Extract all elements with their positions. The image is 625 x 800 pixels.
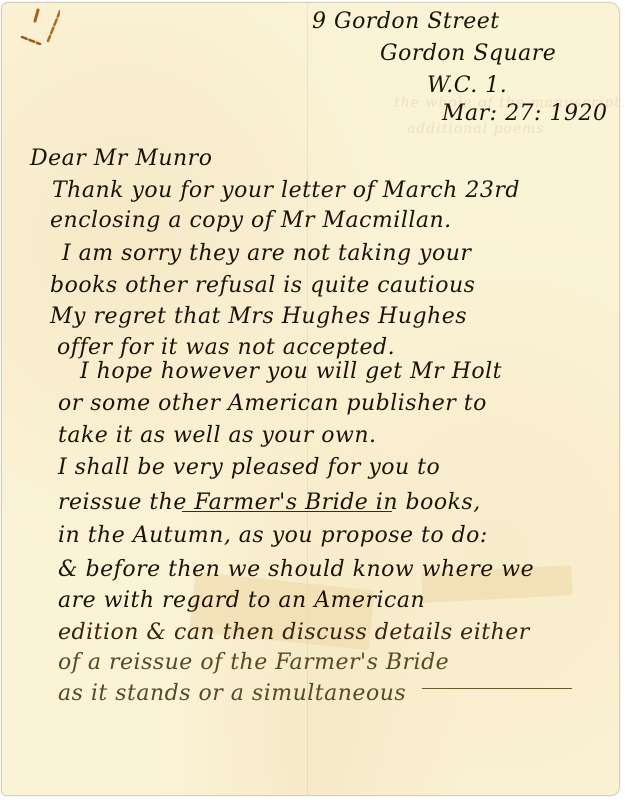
- body-line: offer for it was not accepted.: [57, 335, 395, 360]
- body-line: I shall be very pleased for you to: [58, 455, 440, 480]
- salutation: Dear Mr Munro: [30, 146, 212, 171]
- body-line: in the Autumn, as you propose to do:: [58, 523, 488, 548]
- body-line: or some other American publisher to: [58, 391, 487, 416]
- body-line: My regret that Mrs Hughes Hughes: [50, 304, 467, 329]
- body-line: Thank you for your letter of March 23rd: [52, 178, 520, 203]
- body-line: edition & can then discuss details eithe…: [58, 620, 530, 645]
- body-line: I hope however you will get Mr Holt: [80, 359, 502, 384]
- body-line: take it as well as your own.: [58, 423, 376, 448]
- body-line: enclosing a copy of Mr Macmillan.: [50, 208, 452, 233]
- underline-stroke: [182, 511, 392, 512]
- body-line: & before then we should know where we: [58, 557, 534, 582]
- letter-page: the whole of the manuscript. Where addit…: [2, 3, 619, 795]
- body-line: as it stands or a simultaneous: [58, 681, 406, 706]
- ink-stain-mark: [10, 7, 60, 45]
- address-district: W.C. 1.: [427, 73, 507, 98]
- underline-stroke: [422, 688, 572, 689]
- body-line: are with regard to an American: [58, 588, 425, 613]
- body-line: I am sorry they are not taking your: [62, 241, 471, 266]
- body-line: books other refusal is quite cautious: [50, 273, 475, 298]
- address-square: Gordon Square: [380, 41, 556, 66]
- address-street: 9 Gordon Street: [312, 9, 500, 34]
- letter-date: Mar: 27: 1920: [442, 101, 607, 126]
- body-line: of a reissue of the Farmer's Bride: [58, 650, 449, 675]
